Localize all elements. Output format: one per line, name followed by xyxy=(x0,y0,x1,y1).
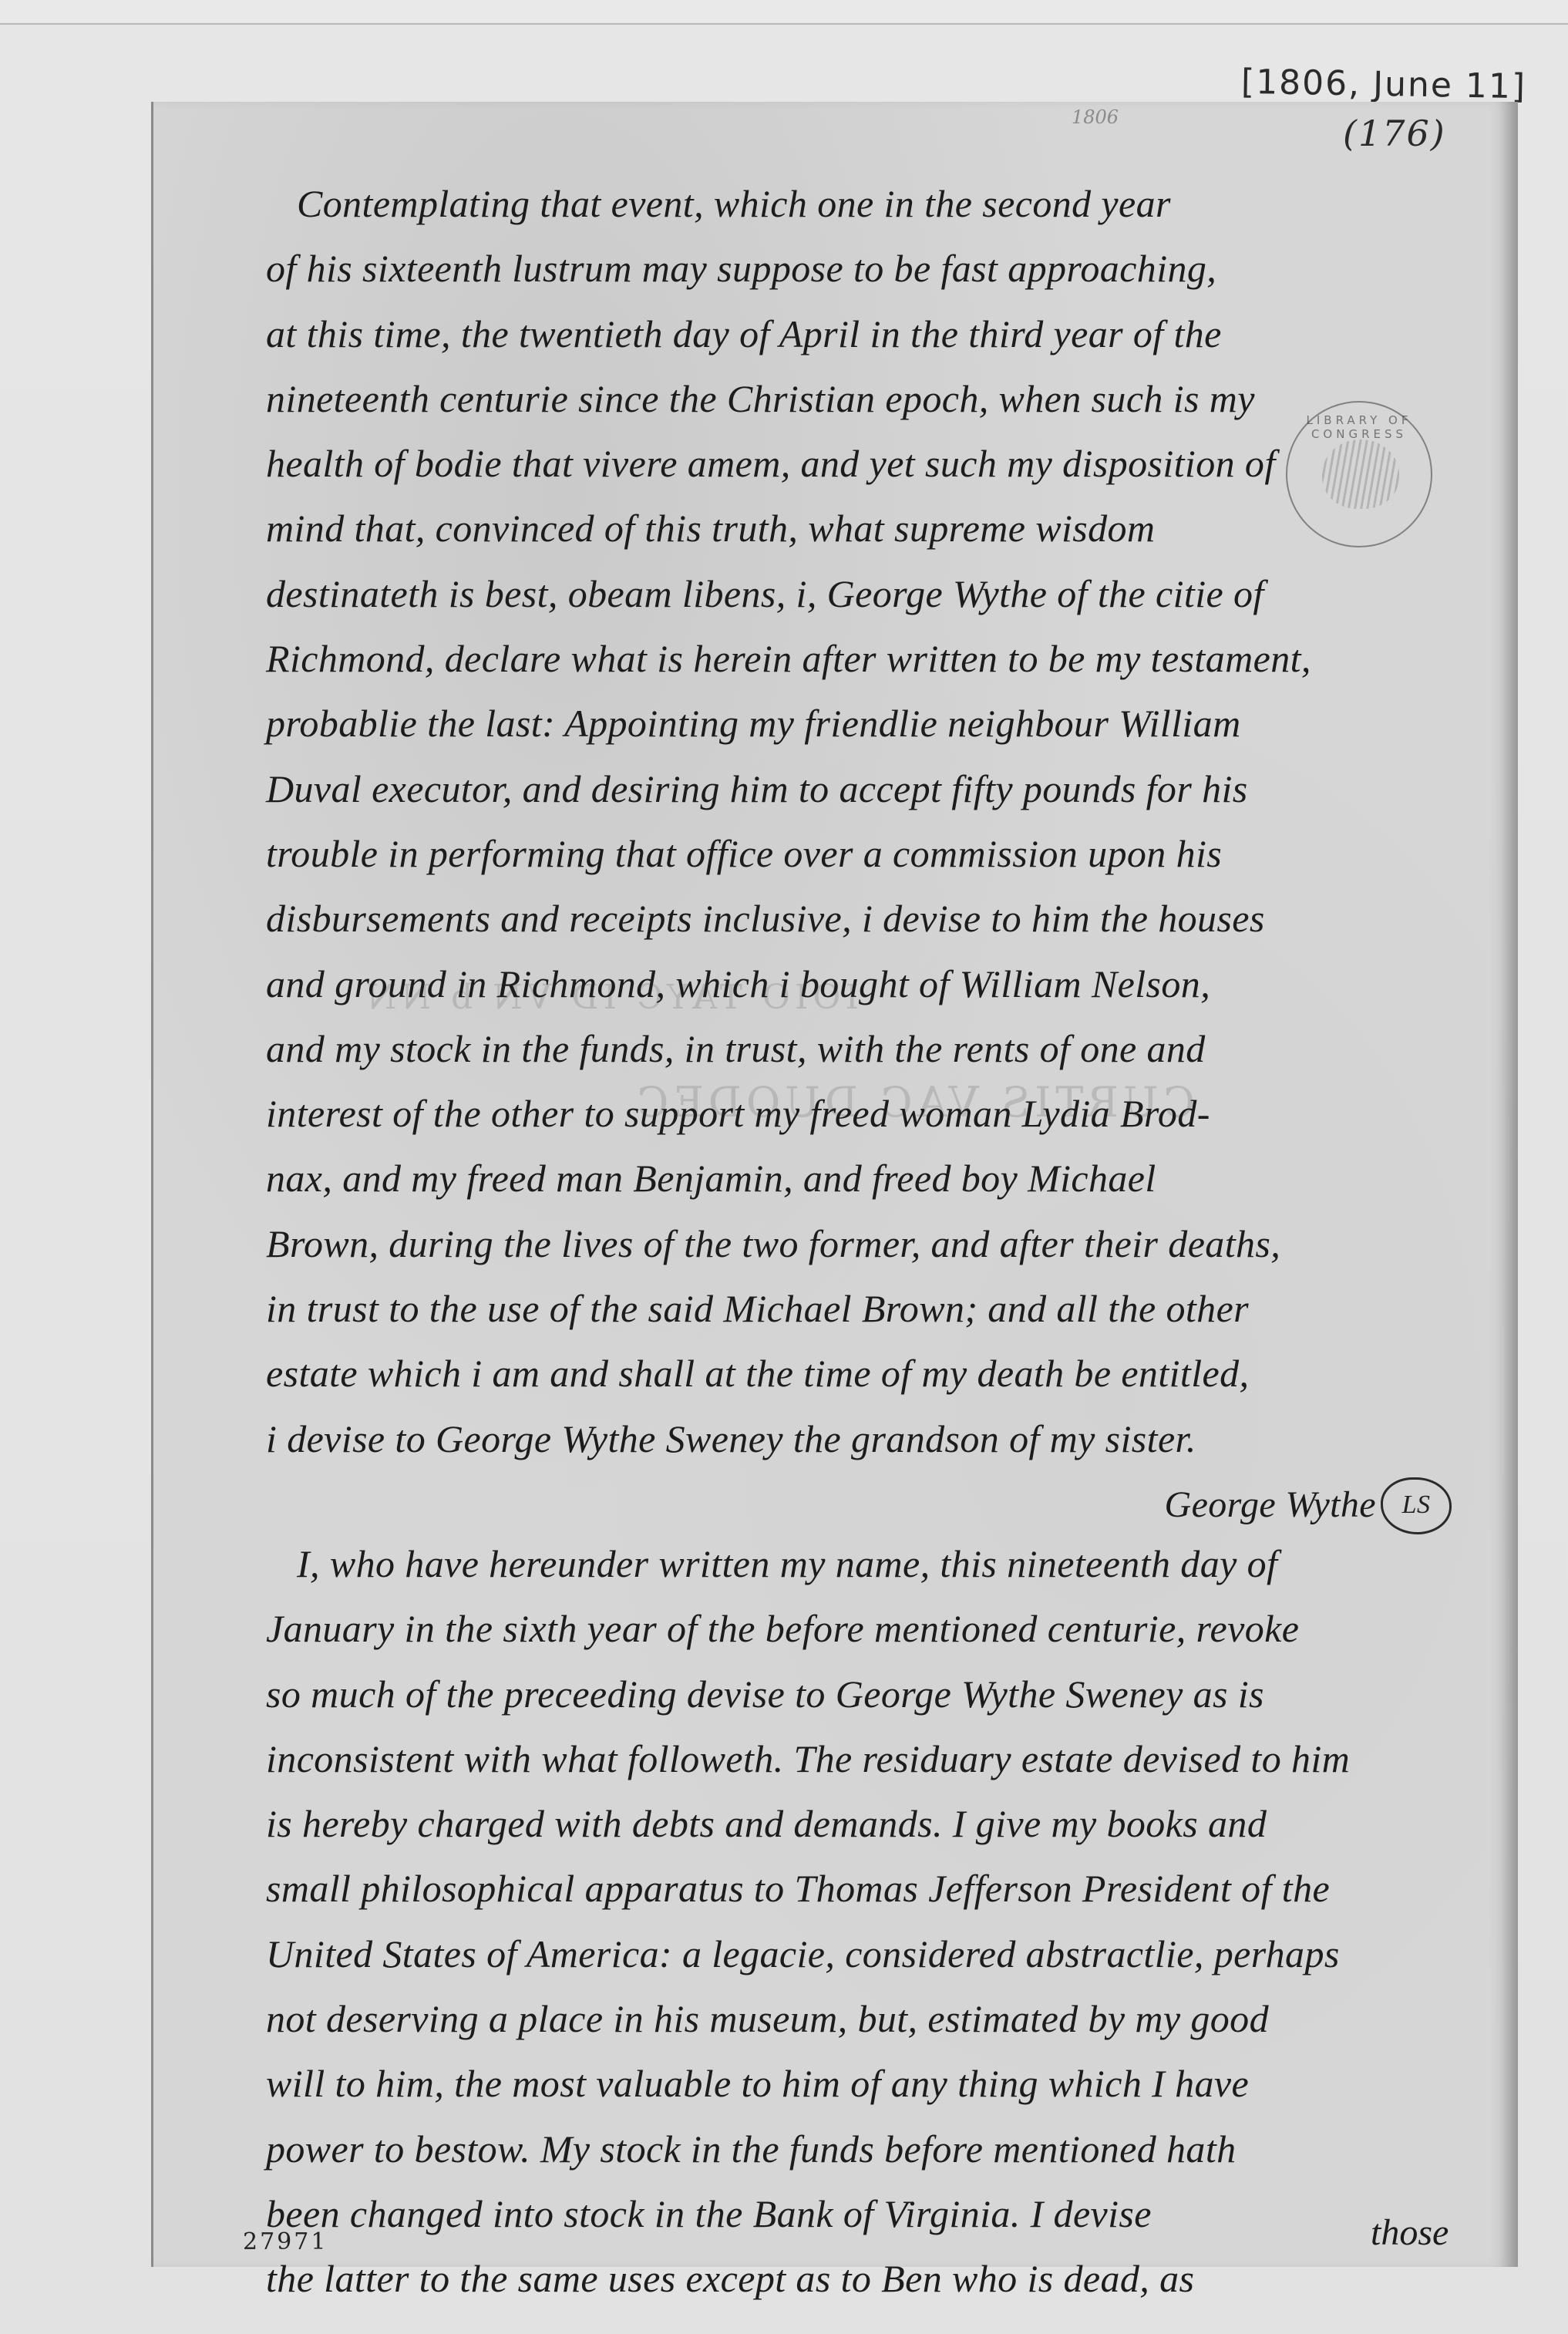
will-line: and ground in Richmond, which i bought o… xyxy=(266,951,1492,1016)
codicil-line: I, who have hereunder written my name, t… xyxy=(266,1531,1492,1596)
will-line: Brown, during the lives of the two forme… xyxy=(266,1211,1492,1276)
will-line: health of bodie that vivere amem, and ye… xyxy=(266,431,1492,496)
will-line: Contemplating that event, which one in t… xyxy=(266,171,1492,236)
will-line: destinateth is best, obeam libens, i, Ge… xyxy=(266,561,1492,626)
codicil-line: not deserving a place in his museum, but… xyxy=(266,1986,1492,2051)
manuscript-text: Contemplating that event, which one in t… xyxy=(266,171,1492,2312)
folio-number: (176) xyxy=(1343,113,1446,154)
will-line: disbursements and receipts inclusive, i … xyxy=(266,886,1492,951)
codicil-line: so much of the preceeding devise to Geor… xyxy=(266,1662,1492,1726)
will-line: Richmond, declare what is herein after w… xyxy=(266,626,1492,691)
archive-date-annotation: [1806, June 11] xyxy=(1241,62,1527,106)
signature-block: George Wythe LS xyxy=(266,1471,1492,1531)
will-line: of his sixteenth lustrum may suppose to … xyxy=(266,236,1492,301)
will-line: mind that, convinced of this truth, what… xyxy=(266,496,1492,561)
will-line: i devise to George Wythe Sweney the gran… xyxy=(266,1406,1492,1471)
codicil-line: power to bestow. My stock in the funds b… xyxy=(266,2117,1492,2181)
will-line: trouble in performing that office over a… xyxy=(266,821,1492,886)
will-line: nax, and my freed man Benjamin, and free… xyxy=(266,1146,1492,1211)
signature: George Wythe xyxy=(1165,1484,1377,1525)
pencil-year-note: 1806 xyxy=(1072,106,1119,128)
will-line: probablie the last: Appointing my friend… xyxy=(266,691,1492,756)
will-line: nineteenth centurie since the Christian … xyxy=(266,366,1492,431)
codicil-line: will to him, the most valuable to him of… xyxy=(266,2051,1492,2116)
will-line: estate which i am and shall at the time … xyxy=(266,1341,1492,1406)
catalog-number: 27971 xyxy=(243,2228,328,2255)
codicil-line: January in the sixth year of the before … xyxy=(266,1596,1492,1661)
seal-ls-icon: LS xyxy=(1381,1477,1452,1534)
codicil-line: the latter to the same uses except as to… xyxy=(266,2246,1492,2311)
codicil-line: small philosophical apparatus to Thomas … xyxy=(266,1856,1492,1921)
codicil-line: United States of America: a legacie, con… xyxy=(266,1921,1492,1986)
will-line: at this time, the twentieth day of April… xyxy=(266,301,1492,366)
codicil-line: been changed into stock in the Bank of V… xyxy=(266,2181,1492,2246)
codicil-line: is hereby charged with debts and demands… xyxy=(266,1791,1492,1856)
codicil-line: inconsistent with what followeth. The re… xyxy=(266,1726,1492,1791)
will-line: interest of the other to support my free… xyxy=(266,1081,1492,1146)
catchword: those xyxy=(1371,2211,1449,2254)
will-line: and my stock in the funds, in trust, wit… xyxy=(266,1016,1492,1081)
will-line: Duval executor, and desiring him to acce… xyxy=(266,756,1492,821)
will-line: in trust to the use of the said Michael … xyxy=(266,1276,1492,1341)
